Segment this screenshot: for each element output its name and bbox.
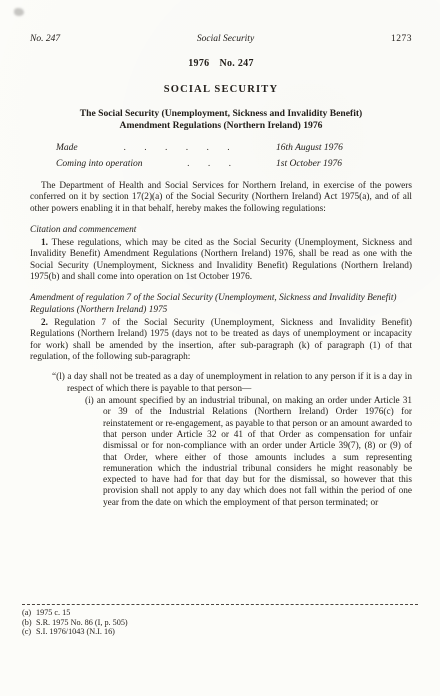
meta-label-operation: Coming into operation: [56, 159, 143, 169]
section-heading-citation: Citation and commencement: [30, 225, 412, 236]
section-body-1: These regulations, which may be cited as…: [30, 238, 412, 282]
section-paragraph-1: 1. These regulations, which may be cited…: [30, 238, 412, 283]
section-paragraph-2: 2. Regulation 7 of the Social Security (…: [30, 318, 412, 363]
meta-block: Made . . . . . . 16th August 1976 Coming…: [56, 143, 388, 169]
footnote-b-marker: (b): [22, 618, 36, 628]
clause-i-text: an amount specified by an industrial tri…: [94, 396, 412, 508]
running-header-number: No. 247: [30, 34, 60, 44]
clause-i-marker: (i): [85, 396, 94, 406]
meta-value-operation: 1st October 1976: [276, 159, 388, 169]
section-number-1: 1.: [41, 238, 48, 248]
doc-number-line: 1976No. 247: [30, 58, 412, 69]
running-header: No. 247 Social Security 1273: [30, 34, 412, 44]
section-heading-amendment: Amendment of regulation 7 of the Social …: [30, 293, 412, 316]
subparagraph-l-marker: “(l): [52, 372, 65, 382]
footnote-c-text: S.I. 1976/1043 (N.I. 16): [36, 627, 115, 636]
footnote-c-marker: (c): [22, 627, 36, 637]
preamble-paragraph: The Department of Health and Social Serv…: [30, 181, 412, 215]
running-header-title: Social Security: [197, 34, 254, 44]
section-number-2: 2.: [41, 318, 48, 328]
footnote-b: (b)S.R. 1975 No. 86 (I, p. 505): [22, 618, 418, 628]
meta-label-made: Made: [56, 143, 78, 153]
meta-value-made: 16th August 1976: [276, 143, 388, 153]
footnote-block: (a)1975 c. 15 (b)S.R. 1975 No. 86 (I, p.…: [22, 604, 418, 637]
meta-row-made: Made . . . . . . 16th August 1976: [56, 143, 388, 153]
doc-year: 1976: [188, 58, 209, 69]
category-heading: SOCIAL SECURITY: [30, 84, 412, 95]
dot-leader: . . . . . .: [78, 143, 276, 153]
scan-smudge: [14, 8, 24, 16]
footnote-a: (a)1975 c. 15: [22, 608, 418, 618]
dot-leader: . . .: [143, 159, 276, 169]
footnote-c: (c)S.I. 1976/1043 (N.I. 16): [22, 627, 418, 637]
footnote-b-text: S.R. 1975 No. 86 (I, p. 505): [36, 618, 128, 627]
document-title-line1: The Social Security (Unemployment, Sickn…: [30, 108, 412, 120]
footnote-divider: [22, 604, 418, 605]
footnote-a-text: 1975 c. 15: [36, 608, 70, 617]
subparagraph-l-text: a day shall not be treated as a day of u…: [65, 372, 412, 393]
document-title: The Social Security (Unemployment, Sickn…: [30, 108, 412, 131]
doc-no: No. 247: [219, 58, 253, 69]
clause-i: (i) an amount specified by an industrial…: [85, 396, 412, 509]
footnote-a-marker: (a): [22, 608, 36, 618]
meta-row-operation: Coming into operation . . . 1st October …: [56, 159, 388, 169]
subparagraph-l: “(l) a day shall not be treated as a day…: [52, 372, 412, 395]
document-title-line2: Amendment Regulations (Northern Ireland)…: [30, 120, 412, 132]
running-header-page: 1273: [391, 34, 412, 44]
section-body-2: Regulation 7 of the Social Security (Une…: [30, 318, 412, 362]
document-page: No. 247 Social Security 1273 1976No. 247…: [0, 0, 440, 696]
